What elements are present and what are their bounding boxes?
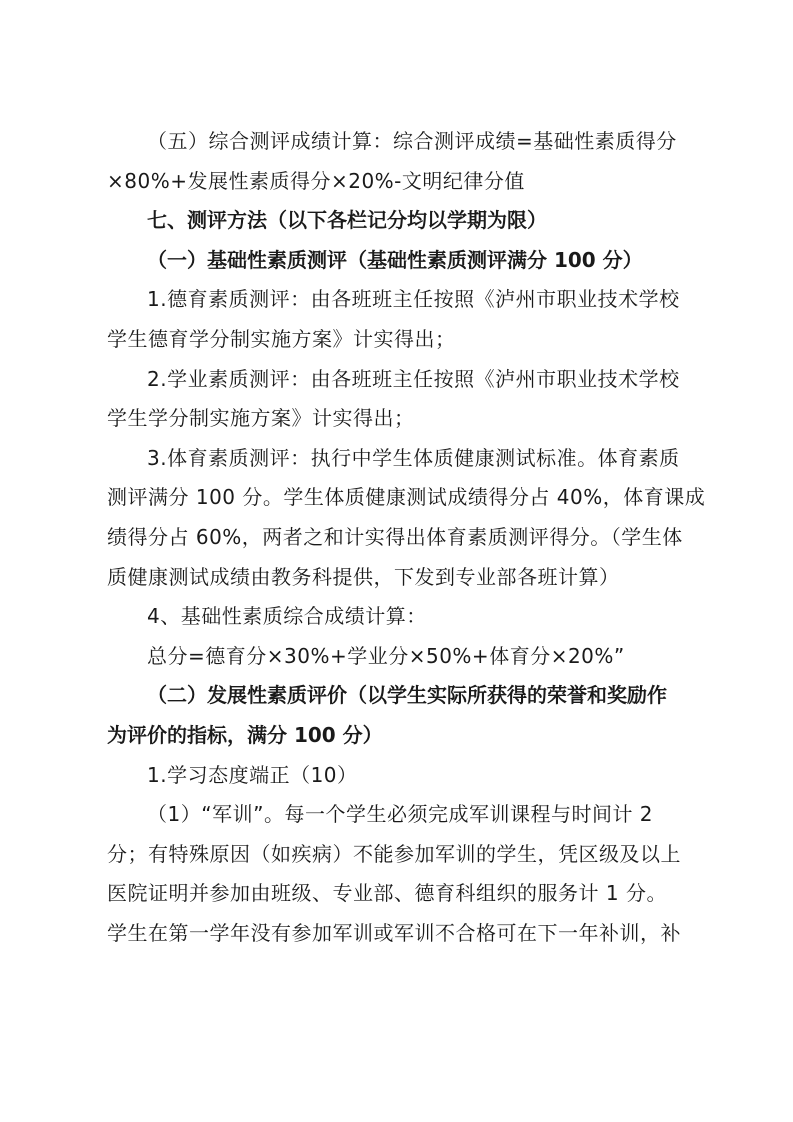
paragraph-formula: 总分=德育分×30%+学业分×50%+体育分×20%” <box>107 637 692 677</box>
paragraph-composite-score: （五）综合测评成绩计算：综合测评成绩=基础性素质得分 ×80%+发展性素质得分×… <box>107 122 692 201</box>
paragraph-academic-evaluation: 2.学业素质测评：由各班班主任按照《泸州市职业技术学校 学生学分制实施方案》计实… <box>107 360 692 439</box>
heading-text: （二）发展性素质评价（以学生实际所获得的荣誉和奖励作 <box>107 676 692 716</box>
text-line: 分；有特殊原因（如疾病）不能参加军训的学生，凭区级及以上 <box>107 835 692 875</box>
heading-text: 为评价的指标，满分 100 分） <box>107 716 692 756</box>
text-line: （1）“军训”。每一个学生必须完成军训课程与时间计 2 <box>107 795 692 835</box>
text-line: 学生德育学分制实施方案》计实得出； <box>107 320 692 360</box>
paragraph-study-attitude: 1.学习态度端正（10） <box>107 756 692 796</box>
text-line: 4、基础性素质综合成绩计算： <box>107 597 692 637</box>
text-line: 绩得分占 60%，两者之和计实得出体育素质测评得分。（学生体 <box>107 518 692 558</box>
document-page: （五）综合测评成绩计算：综合测评成绩=基础性素质得分 ×80%+发展性素质得分×… <box>107 122 692 953</box>
formula-text: 总分=德育分×30%+学业分×50%+体育分×20%” <box>107 637 692 677</box>
text-line: 学生学分制实施方案》计实得出； <box>107 399 692 439</box>
heading-basic-quality: （一）基础性素质测评（基础性素质测评满分 100 分） <box>107 241 692 281</box>
heading-development-quality: （二）发展性素质评价（以学生实际所获得的荣誉和奖励作 为评价的指标，满分 100… <box>107 676 692 755</box>
text-line: 质健康测试成绩由教务科提供，下发到专业部各班计算） <box>107 558 692 598</box>
text-line: 3.体育素质测评：执行中学生体质健康测试标准。体育素质 <box>107 439 692 479</box>
paragraph-moral-evaluation: 1.德育素质测评：由各班班主任按照《泸州市职业技术学校 学生德育学分制实施方案》… <box>107 280 692 359</box>
heading-text: （一）基础性素质测评（基础性素质测评满分 100 分） <box>107 241 692 281</box>
text-line: 1.德育素质测评：由各班班主任按照《泸州市职业技术学校 <box>107 280 692 320</box>
text-line: （五）综合测评成绩计算：综合测评成绩=基础性素质得分 <box>107 122 692 162</box>
text-line: ×80%+发展性素质得分×20%-文明纪律分值 <box>107 162 692 202</box>
heading-evaluation-methods: 七、测评方法（以下各栏记分均以学期为限） <box>107 201 692 241</box>
paragraph-pe-evaluation: 3.体育素质测评：执行中学生体质健康测试标准。体育素质 测评满分 100 分。学… <box>107 439 692 597</box>
text-line: 测评满分 100 分。学生体质健康测试成绩得分占 40%，体育课成 <box>107 478 692 518</box>
paragraph-basic-composite: 4、基础性素质综合成绩计算： <box>107 597 692 637</box>
text-line: 2.学业素质测评：由各班班主任按照《泸州市职业技术学校 <box>107 360 692 400</box>
text-line: 医院证明并参加由班级、专业部、德育科组织的服务计 1 分。 <box>107 874 692 914</box>
heading-text: 七、测评方法（以下各栏记分均以学期为限） <box>107 201 692 241</box>
text-line: 学生在第一学年没有参加军训或军训不合格可在下一年补训，补 <box>107 914 692 954</box>
text-line: 1.学习态度端正（10） <box>107 756 692 796</box>
paragraph-military-training: （1）“军训”。每一个学生必须完成军训课程与时间计 2 分；有特殊原因（如疾病）… <box>107 795 692 953</box>
